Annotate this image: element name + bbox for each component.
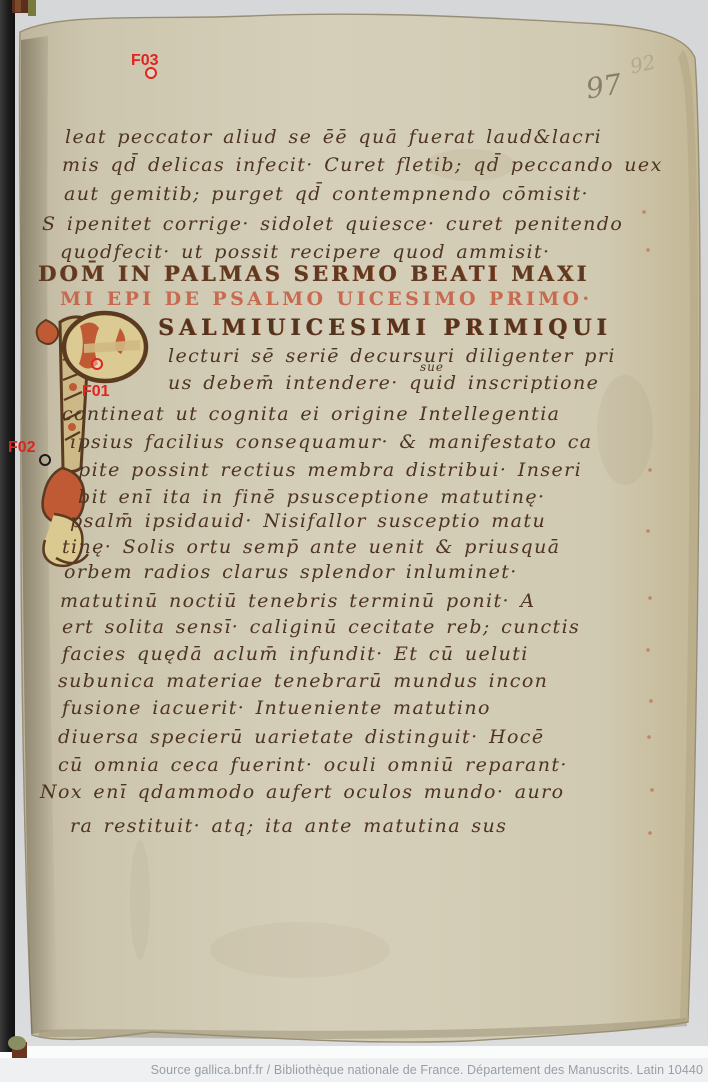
text-line: quodfecit· ut possit recipere quod ammis… bbox=[60, 243, 550, 262]
text-line: bit enī ita in finē psusceptione matutin… bbox=[78, 488, 545, 507]
text-line: lecturi sē seriē decursuri diligenter pr… bbox=[168, 347, 616, 366]
text-line: mis qd̄ delicas infecit· Curet fletib; q… bbox=[62, 156, 663, 175]
marker-f01-label: F01 bbox=[82, 384, 110, 400]
text-line: tinę· Solis ortu semp̄ ante uenit & priu… bbox=[62, 538, 560, 557]
page-number: 97 bbox=[584, 67, 624, 105]
text-line: leat peccator aliud se ēē quā fuerat lau… bbox=[65, 128, 602, 147]
text-line: cū omnia ceca fuerint· oculi omniū repar… bbox=[58, 756, 568, 775]
text-line: ipsius facilius consequamur· & manifesta… bbox=[70, 433, 593, 452]
text-line: aut gemitib; purget qd̄ contempnendo cōm… bbox=[64, 185, 589, 204]
source-caption: Source gallica.bnf.fr / Bibliothèque nat… bbox=[151, 1063, 708, 1077]
rubric-line-red: MI EPI DE PSALMO UICESIMO PRIMO· bbox=[60, 290, 593, 309]
binding-top bbox=[12, 0, 36, 16]
text-line: Nox enī qdammodo aufert oculos mundo· au… bbox=[40, 783, 564, 802]
marker-f03-point[interactable] bbox=[145, 67, 157, 79]
text-line: diuersa specierū uarietate distinguit· H… bbox=[58, 728, 544, 747]
text-line: us debem̄ intendere· quid inscriptione bbox=[168, 374, 599, 393]
book-spine bbox=[0, 0, 15, 1052]
marker-f02-point[interactable] bbox=[39, 454, 51, 466]
text-line: contineat ut cognita ei origine Intelleg… bbox=[62, 405, 560, 424]
caption-bar: Source gallica.bnf.fr / Bibliothèque nat… bbox=[0, 1058, 708, 1082]
text-line: S ipenitet corrige· sidolet quiesce· cur… bbox=[42, 215, 623, 234]
marker-f03-label: F03 bbox=[131, 53, 159, 69]
marker-f01-point[interactable] bbox=[91, 358, 103, 370]
incipit-caps-line: SALMIUICESIMI PRIMIQUI bbox=[158, 317, 612, 339]
text-line: ert solita sensī· caliginū cecitate reb;… bbox=[62, 618, 580, 637]
text-line: matutinū noctiū tenebris terminū ponit· … bbox=[60, 592, 536, 611]
text-line: facies quędā aclum̄ infundit· Et cū uelu… bbox=[62, 645, 529, 664]
text-line: subunica materiae tenebrarū mundus incon bbox=[58, 672, 548, 691]
text-line: psalm̄ ipsidauid· Nisifallor susceptio m… bbox=[70, 512, 546, 531]
text-line: fusione iacuerit· Intueniente matutino bbox=[62, 699, 491, 718]
rubric-line-dark: DOM̄ IN PALMAS SERMO BEATI MAXI bbox=[38, 263, 590, 284]
text-line: orbem radios clarus splendor inluminet· bbox=[64, 563, 518, 582]
text-line: pite possint rectius membra distribui· I… bbox=[78, 461, 582, 480]
interlinear-gloss: sue bbox=[420, 360, 444, 374]
text-line: ra restituit· atq; ita ante matutina sus bbox=[70, 817, 507, 836]
marker-f02-label: F02 bbox=[8, 440, 36, 456]
manuscript-viewer: 92 97 leat peccator aliud se ēē quā fuer… bbox=[0, 0, 708, 1082]
